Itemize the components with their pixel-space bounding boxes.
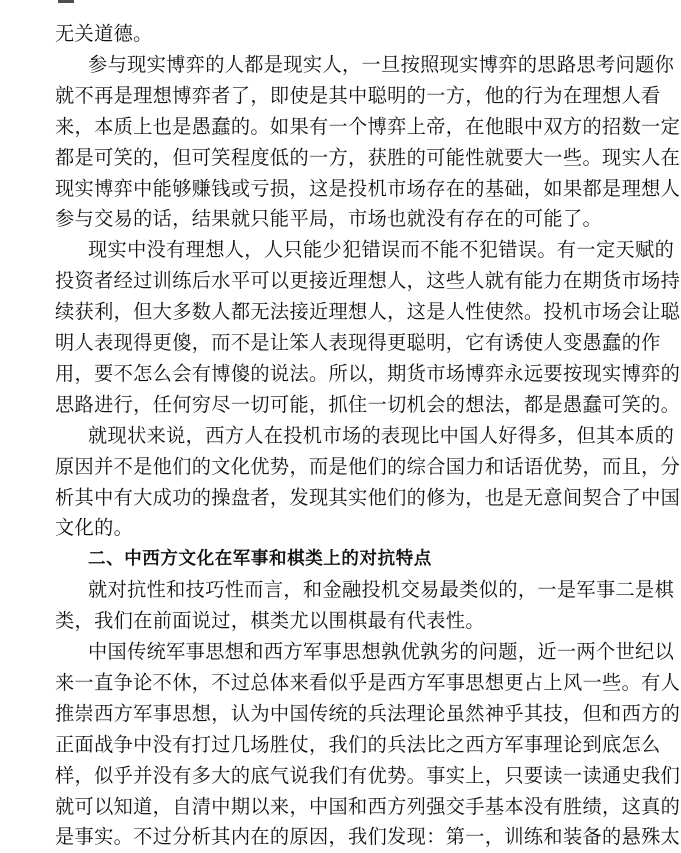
page-fragment-mark xyxy=(58,0,74,3)
text-line: 参与现实博弈的人都是现实人，一旦按照现实博弈的思路思考问题你 xyxy=(88,53,658,77)
text-line: 现实博弈中能够赚钱或亏损，这是投机市场存在的基础，如果都是理想人 xyxy=(55,177,625,201)
text-line: 参与交易的话，结果就只能平局，市场也就没有存在的可能了。 xyxy=(55,207,625,231)
text-line: 明人表现得更傻，而不是让笨人表现得更聪明，它有诱使人变愚蠢的作 xyxy=(55,331,625,355)
text-line: 文化的。 xyxy=(55,516,625,540)
text-line: 来，本质上也是愚蠢的。如果有一个博弈上帝，在他眼中双方的招数一定 xyxy=(55,115,625,139)
text-line: 正面战争中没有打过几场胜仗，我们的兵法比之西方军事理论到底怎么 xyxy=(55,733,625,757)
text-line: 投资者经过训练后水平可以更接近理想人，这些人就有能力在期货市场持 xyxy=(55,269,625,293)
text-line: 就不再是理想博弈者了，即使是其中聪明的一方，他的行为在理想人看 xyxy=(55,84,625,108)
text-line: 用，要不怎么会有博傻的说法。所以，期货市场博弈永远要按现实博弈的 xyxy=(55,362,625,386)
document-page: 无关道德。参与现实博弈的人都是现实人，一旦按照现实博弈的思路思考问题你就不再是理… xyxy=(0,0,681,853)
text-line: 思路进行，任何穷尽一切可能，抓住一切机会的想法，都是愚蠢可笑的。 xyxy=(55,393,625,417)
text-line: 推崇西方军事思想，认为中国传统的兵法理论虽然神乎其技，但和西方的 xyxy=(55,702,625,726)
text-line: 续获利，但大多数人都无法接近理想人，这是人性使然。投机市场会让聪 xyxy=(55,300,625,324)
text-line: 析其中有大成功的操盘者，发现其实他们的修为，也是无意间契合了中国 xyxy=(55,486,625,510)
text-line: 原因并不是他们的文化优势，而是他们的综合国力和话语优势，而且，分 xyxy=(55,455,625,479)
text-line: 现实中没有理想人，人只能少犯错误而不能不犯错误。有一定天赋的 xyxy=(88,238,658,262)
text-line: 中国传统军事思想和西方军事思想孰优孰劣的问题，近一两个世纪以 xyxy=(88,640,658,664)
section-heading: 二、中西方文化在军事和棋类上的对抗特点 xyxy=(88,547,658,571)
text-line: 样，似乎并没有多大的底气说我们有优势。事实上，只要读一读通史我们 xyxy=(55,764,625,788)
text-line: 来一直争论不休，不过总体来看似乎是西方军事思想更占上风一些。有人 xyxy=(55,671,625,695)
text-line: 就可以知道，自清中期以来，中国和西方列强交手基本没有胜绩，这真的 xyxy=(55,795,625,819)
text-line: 类，我们在前面说过，棋类尤以围棋最有代表性。 xyxy=(55,609,625,633)
text-line: 都是可笑的，但可笑程度低的一方，获胜的可能性就要大一些。现实人在 xyxy=(55,146,625,170)
text-line: 无关道德。 xyxy=(55,22,625,46)
text-line: 就对抗性和技巧性而言，和金融投机交易最类似的，一是军事二是棋 xyxy=(88,578,658,602)
text-line: 是事实。不过分析其内在的原因，我们发现：第一，训练和装备的悬殊太 xyxy=(55,825,625,849)
text-line: 就现状来说，西方人在投机市场的表现比中国人好得多，但其本质的 xyxy=(88,424,658,448)
